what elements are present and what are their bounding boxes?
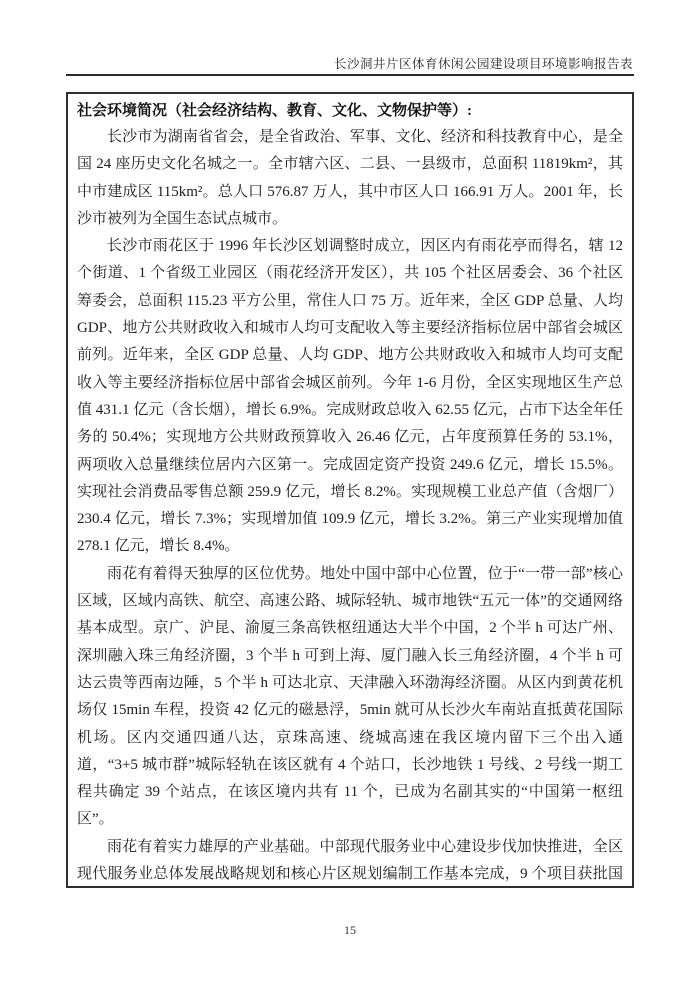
document-page: 长沙洞井片区体育休闲公园建设项目环境影响报告表 社会环境简况（社会经济结构、教育… (0, 0, 700, 989)
paragraph-changsha-overview: 长沙市为湖南省省会，是全省政治、军事、文化、经济和科技教育中心，是全国 24 座… (77, 124, 623, 233)
page-number: 15 (0, 923, 700, 938)
section-title: 社会环境简况（社会经济结构、教育、文化、文物保护等）: (77, 98, 623, 124)
paragraph-yuhua-economy: 长沙市雨花区于 1996 年长沙区划调整时成立，因区内有雨花亭而得名，辖 12 … (77, 233, 623, 561)
section-content-box: 社会环境简况（社会经济结构、教育、文化、文物保护等）: 长沙市为湖南省省会，是全… (66, 92, 634, 888)
report-header-title: 长沙洞井片区体育休闲公园建设项目环境影响报告表 (66, 54, 633, 72)
paragraph-yuhua-industry: 雨花有着实力雄厚的产业基础。中部现代服务业中心建设步伐加快推进，全区现代服务业总… (77, 834, 623, 888)
paragraph-yuhua-location: 雨花有着得天独厚的区位优势。地处中国中部中心位置，位于“一带一部”核心区域，区域… (77, 561, 623, 834)
header-divider (66, 74, 634, 76)
